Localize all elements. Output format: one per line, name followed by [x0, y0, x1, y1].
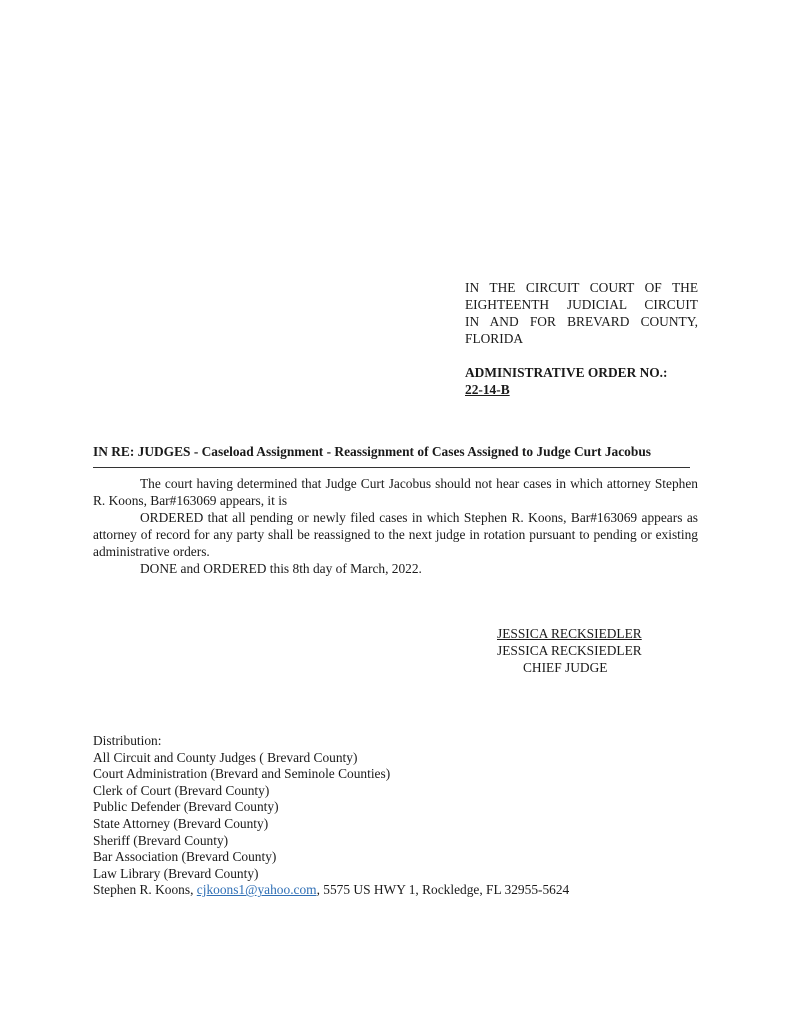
distribution-item: Bar Association (Brevard County) [93, 849, 569, 866]
signer-name: JESSICA RECKSIEDLER [497, 642, 642, 659]
distribution-item: All Circuit and County Judges ( Brevard … [93, 750, 569, 767]
body-paragraph: ORDERED that all pending or newly filed … [93, 509, 698, 560]
administrative-order-number: ADMINISTRATIVE ORDER NO.: 22-14-B [465, 364, 705, 398]
distribution-list: Distribution: All Circuit and County Jud… [93, 733, 569, 899]
distribution-item: State Attorney (Brevard County) [93, 816, 569, 833]
signer-title: CHIEF JUDGE [497, 659, 642, 676]
court-caption-line: EIGHTEENTH JUDICIAL CIRCUIT [465, 296, 698, 313]
email-link[interactable]: cjkoons1@yahoo.com [197, 882, 317, 897]
distribution-item: Law Library (Brevard County) [93, 866, 569, 883]
court-caption-line: IN AND FOR BREVARD COUNTY, [465, 313, 698, 330]
body-paragraph: DONE and ORDERED this 8th day of March, … [93, 560, 698, 577]
distribution-item-attorney: Stephen R. Koons, cjkoons1@yahoo.com, 55… [93, 882, 569, 899]
order-body: The court having determined that Judge C… [93, 475, 698, 578]
order-label: ADMINISTRATIVE ORDER NO.: [465, 365, 668, 380]
body-paragraph: The court having determined that Judge C… [93, 475, 698, 509]
order-number: 22-14-B [465, 381, 705, 398]
attorney-address: , 5575 US HWY 1, Rockledge, FL 32955-562… [317, 882, 570, 897]
court-caption: IN THE CIRCUIT COURT OF THE EIGHTEENTH J… [465, 279, 698, 347]
distribution-item: Sheriff (Brevard County) [93, 833, 569, 850]
document-page: IN THE CIRCUIT COURT OF THE EIGHTEENTH J… [0, 0, 791, 1024]
signature-line: JESSICA RECKSIEDLER [497, 625, 642, 642]
court-caption-line: IN THE CIRCUIT COURT OF THE [465, 279, 698, 296]
distribution-heading: Distribution: [93, 733, 569, 750]
distribution-item: Court Administration (Brevard and Semino… [93, 766, 569, 783]
court-caption-line: FLORIDA [465, 330, 698, 347]
title-divider [93, 467, 690, 468]
order-title: IN RE: JUDGES - Caseload Assignment - Re… [93, 443, 733, 460]
attorney-name: Stephen R. Koons, [93, 882, 197, 897]
signature-block: JESSICA RECKSIEDLER JESSICA RECKSIEDLER … [497, 625, 642, 676]
distribution-item: Clerk of Court (Brevard County) [93, 783, 569, 800]
distribution-item: Public Defender (Brevard County) [93, 799, 569, 816]
